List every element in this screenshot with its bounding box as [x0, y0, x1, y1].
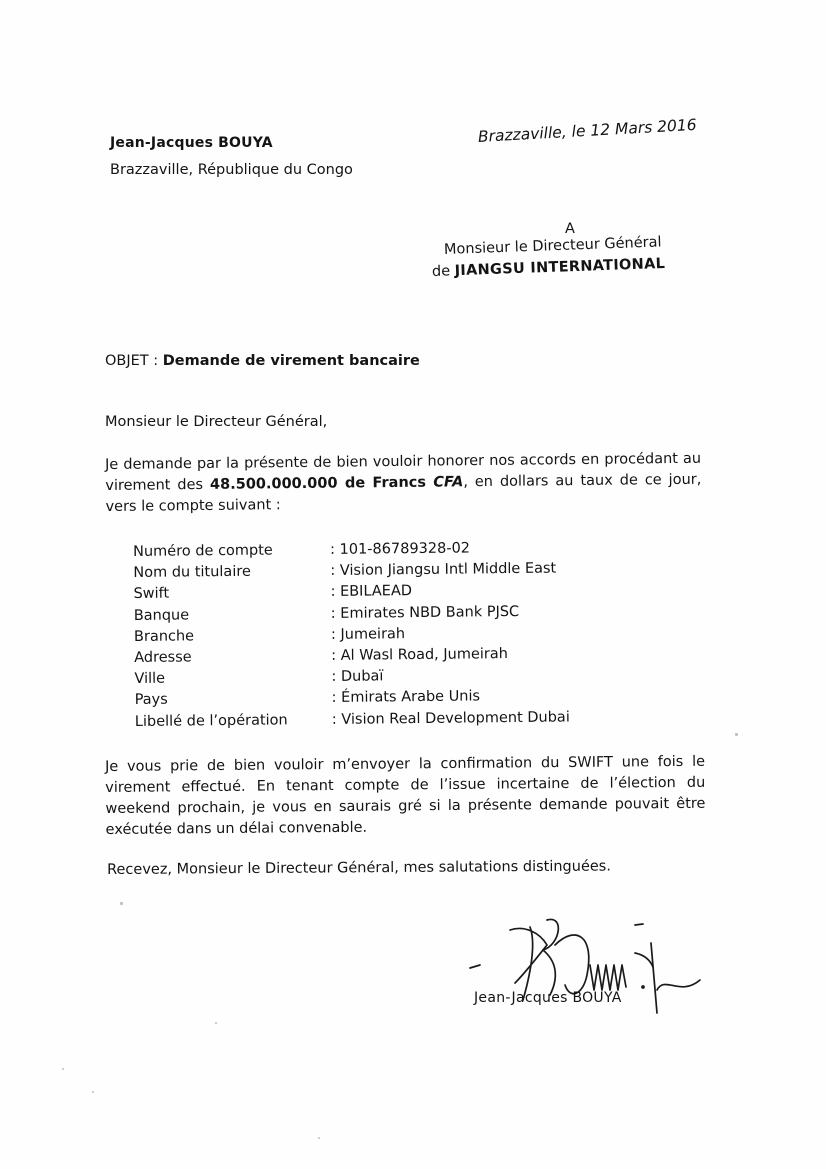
bank-detail-value: Vision Jiangsu Intl Middle East	[330, 559, 556, 583]
salutation: Monsieur le Directeur Général,	[105, 414, 327, 430]
bank-detail-row: Libellé de l’opérationVision Real Develo…	[135, 707, 570, 733]
subject-text: Demande de virement bancaire	[163, 353, 420, 369]
bank-detail-value: Emirates NBD Bank PJSC	[331, 602, 520, 625]
bank-details-table: Numéro de compte101-86789328-02Nom du ti…	[133, 537, 570, 732]
bank-detail-value: Émirats Arabe Unis	[332, 687, 481, 710]
transfer-amount: 48.500.000.000 de Francs CFA	[210, 474, 463, 493]
bank-detail-label: Banque	[134, 603, 331, 626]
bank-detail-row: BanqueEmirates NBD Bank PJSC	[134, 601, 569, 627]
bank-detail-label: Ville	[134, 667, 331, 690]
bank-detail-value: 101-86789328-02	[330, 538, 470, 561]
bank-detail-label: Swift	[133, 582, 330, 605]
confirmation-paragraph: Je vous prie de bien vouloir m’envoyer l…	[105, 752, 706, 841]
scan-speck	[62, 1068, 64, 1070]
bank-detail-label: Pays	[135, 688, 332, 711]
recipient-company-line: de JIANGSU INTERNATIONAL	[432, 256, 666, 280]
recipient-company-prefix: de	[432, 263, 451, 280]
recipient-title: Monsieur le Directeur Général	[444, 234, 662, 258]
date-line: Brazzaville, le 12 Mars 2016	[477, 116, 697, 146]
recipient-prefix: A	[565, 221, 575, 237]
signatory-name: Jean-Jacques BOUYA	[474, 990, 622, 1006]
bank-detail-label: Nom du titulaire	[133, 561, 330, 584]
bank-detail-label: Numéro de compte	[133, 540, 330, 563]
bank-detail-row: Nom du titulaireVision Jiangsu Intl Midd…	[133, 559, 568, 585]
recipient-company: JIANGSU INTERNATIONAL	[454, 256, 665, 279]
bank-detail-value: Al Wasl Road, Jumeirah	[331, 644, 508, 667]
subject-label: OBJET :	[105, 353, 158, 369]
scan-speck	[735, 733, 738, 736]
sender-name: Jean-Jacques BOUYA	[110, 135, 273, 151]
scan-speck	[318, 1137, 320, 1139]
amount-currency: CFA	[433, 474, 463, 490]
scan-speck	[92, 1091, 94, 1093]
request-paragraph: Je demande par la présente de bien voulo…	[105, 449, 702, 518]
subject-line: OBJET : Demande de virement bancaire	[105, 353, 420, 369]
bank-detail-label: Adresse	[134, 646, 331, 669]
bank-detail-label: Branche	[134, 625, 331, 648]
closing-line: Recevez, Monsieur le Directeur Général, …	[107, 858, 611, 878]
bank-detail-label: Libellé de l’opération	[135, 709, 332, 732]
signature-scribble	[455, 905, 715, 1025]
bank-detail-value: EBILAEAD	[330, 581, 412, 603]
scan-speck	[215, 1022, 217, 1024]
sender-location: Brazzaville, République du Congo	[110, 162, 353, 178]
bank-detail-value: Dubaï	[331, 667, 383, 689]
amount-value: 48.500.000.000 de Francs	[210, 475, 426, 493]
bank-detail-value: Jumeirah	[331, 624, 405, 646]
scan-speck	[120, 902, 123, 905]
letter-page: Jean-Jacques BOUYA Brazzaville, Républiq…	[0, 0, 826, 1169]
bank-detail-value: Vision Real Development Dubai	[332, 707, 570, 731]
